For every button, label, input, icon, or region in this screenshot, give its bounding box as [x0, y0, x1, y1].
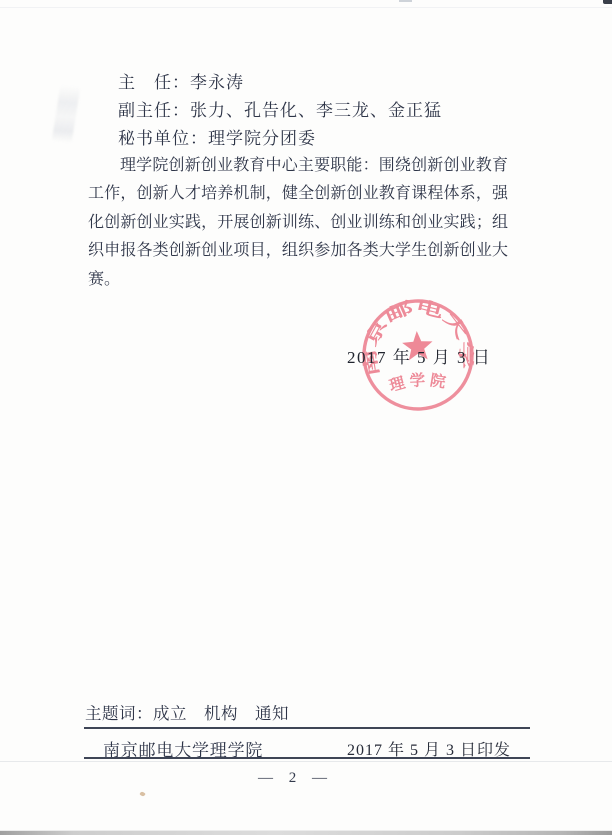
deputy-directors-line: 副主任：张力、孔告化、李三龙、金正猛: [118, 99, 442, 123]
footer-divider-bottom: [84, 757, 530, 759]
seal-bottom-text: 理学院: [387, 369, 452, 395]
subject-keywords-line: 主题词：成立 机构 通知: [85, 700, 289, 724]
scanned-document-page: 主 任：李永涛 副主任：张力、孔告化、李三龙、金正猛 秘书单位：理学院分团委 理…: [0, 0, 612, 835]
footer-divider-top: [84, 727, 530, 729]
director-line: 主 任：李永涛: [118, 71, 244, 95]
scan-top-hairline: [0, 7, 612, 8]
paragraph-line: 织申报各类创新创业项目，组织参加各类大学生创新创业大: [88, 237, 508, 265]
scan-corner-artifact: [603, 0, 612, 4]
signature-date: 2017 年 5 月 3 日: [347, 343, 491, 368]
scan-bottom-edge: [0, 831, 612, 835]
svg-text:理学院: 理学院: [387, 369, 452, 395]
page-number: — 2 —: [0, 770, 585, 787]
paragraph-line: 化创新创业实践，开展创新训练、创业训练和创业实践；组: [88, 209, 508, 237]
paragraph-line: 工作，创新人才培养机制，健全创新创业教育课程体系，强: [88, 180, 508, 208]
secretary-unit-line: 秘书单位：理学院分团委: [118, 127, 316, 151]
scan-top-dash-artifact: [399, 0, 412, 2]
paragraph-line: 理学院创新创业教育中心主要职能：围绕创新创业教育: [88, 152, 508, 180]
scan-shadow-line: [0, 761, 612, 762]
scan-left-smudge: [52, 85, 81, 143]
duties-paragraph: 理学院创新创业教育中心主要职能：围绕创新创业教育 工作，创新人才培养机制，健全创…: [88, 152, 508, 294]
scan-speck-artifact: [139, 791, 145, 797]
